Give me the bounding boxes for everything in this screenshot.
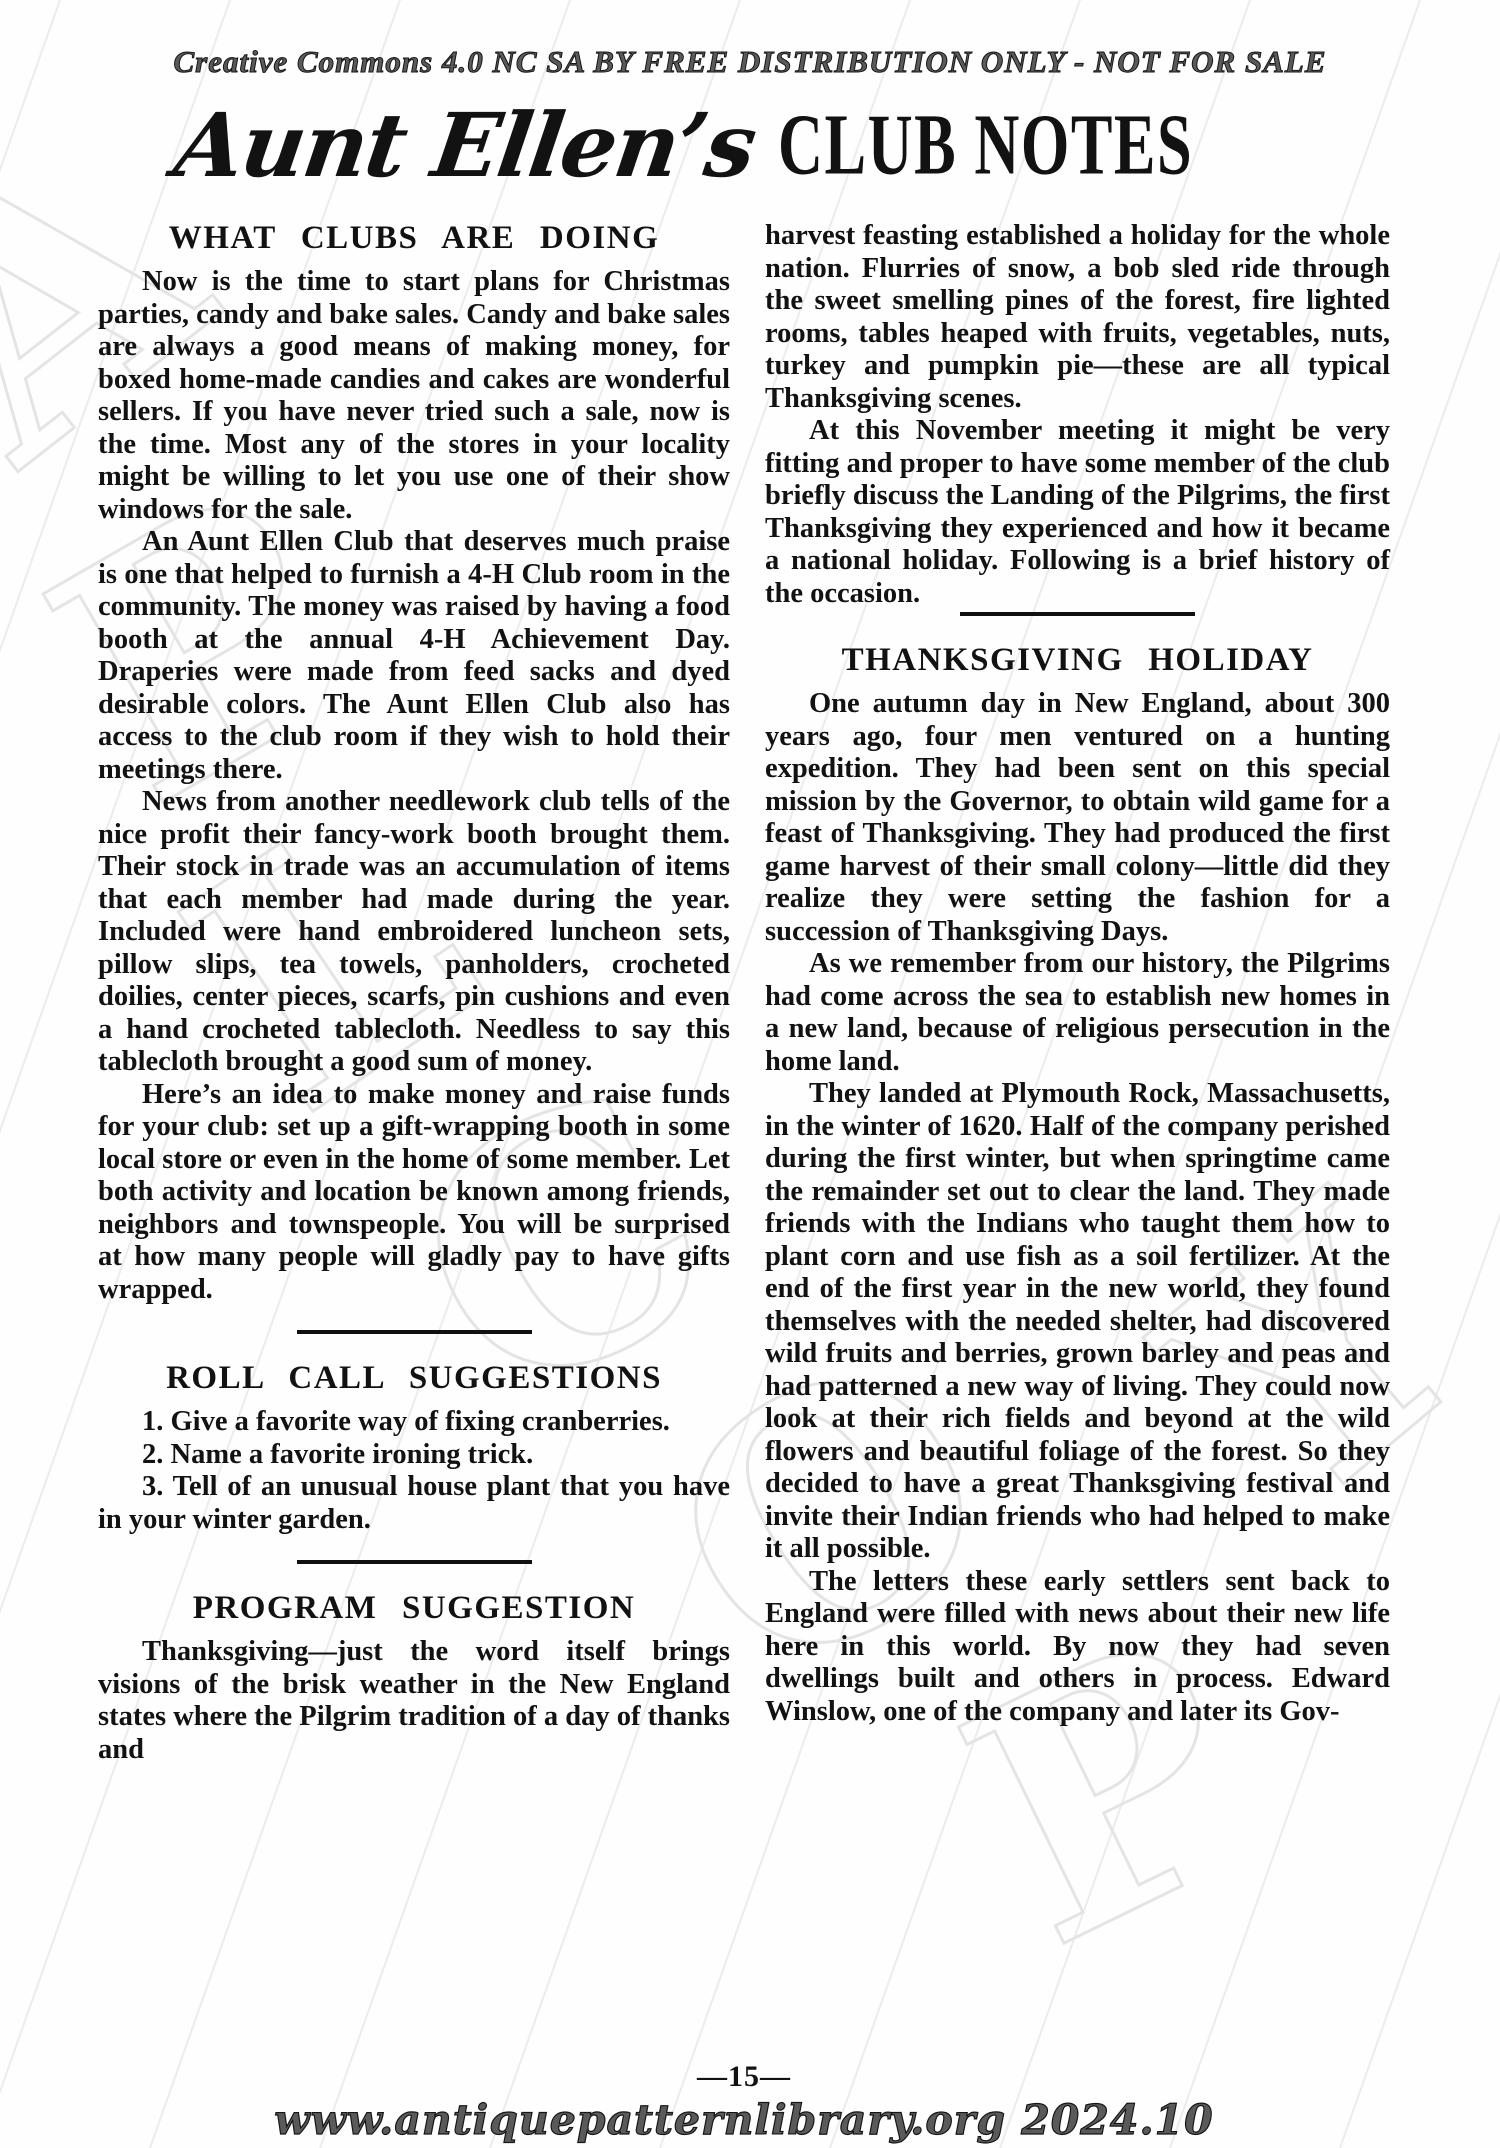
right-column: harvest feasting established a holiday f…: [765, 220, 1390, 1766]
title-caps-text: CLUB NOTES: [778, 83, 1193, 208]
section-divider: [297, 1560, 532, 1564]
article-paragraph: At this November meeting it might be ver…: [765, 415, 1390, 610]
article-paragraph: An Aunt Ellen Club that deserves much pr…: [98, 526, 730, 786]
article-paragraph: As we remember from our history, the Pil…: [765, 948, 1390, 1078]
section-divider: [297, 1330, 532, 1334]
section-divider: [960, 612, 1195, 616]
list-item: 3. Tell of an unusual house plant that y…: [98, 1471, 730, 1536]
page-title: Aunt Ellen’s CLUB NOTES: [0, 86, 1500, 204]
article-paragraph: News from another needlework club tells …: [98, 786, 730, 1079]
section-heading-roll-call: ROLL CALL SUGGESTIONS: [98, 1360, 730, 1396]
article-paragraph: They landed at Plymouth Rock, Massachuse…: [765, 1078, 1390, 1566]
article-paragraph: Thanksgiving—just the word itself brings…: [98, 1636, 730, 1766]
article-paragraph: One autumn day in New England, about 300…: [765, 688, 1390, 948]
article-paragraph-continuation: harvest feasting established a holiday f…: [765, 220, 1390, 415]
list-item: 1. Give a favorite way of fixing cranber…: [98, 1406, 730, 1439]
section-heading-program: PROGRAM SUGGESTION: [98, 1590, 730, 1626]
article-paragraph: The letters these early settlers sent ba…: [765, 1566, 1390, 1729]
page-footer: —15— www.antiquepatternlibrary.org 2024.…: [98, 2060, 1390, 2144]
title-script-text: Aunt Ellen’s: [168, 86, 762, 204]
section-heading-thanksgiving-holiday: THANKSGIVING HOLIDAY: [765, 642, 1390, 678]
site-credit-line: www.antiquepatternlibrary.org 2024.10: [98, 2096, 1390, 2144]
section-heading-what-clubs: WHAT CLUBS ARE DOING: [98, 220, 730, 256]
article-paragraph: Now is the time to start plans for Chris…: [98, 266, 730, 526]
list-item: 2. Name a favorite ironing trick.: [98, 1439, 730, 1472]
left-column: WHAT CLUBS ARE DOING Now is the time to …: [98, 220, 730, 1766]
article-columns: WHAT CLUBS ARE DOING Now is the time to …: [0, 220, 1500, 1766]
article-paragraph: Here’s an idea to make money and raise f…: [98, 1079, 730, 1307]
license-notice: Creative Commons 4.0 NC SA BY FREE DISTR…: [0, 44, 1500, 80]
scanned-newsletter-page: A P L C O P Y Creative Commons 4.0 NC SA…: [0, 0, 1500, 2148]
page-content: Creative Commons 4.0 NC SA BY FREE DISTR…: [0, 44, 1500, 1766]
page-number: —15—: [98, 2060, 1390, 2094]
